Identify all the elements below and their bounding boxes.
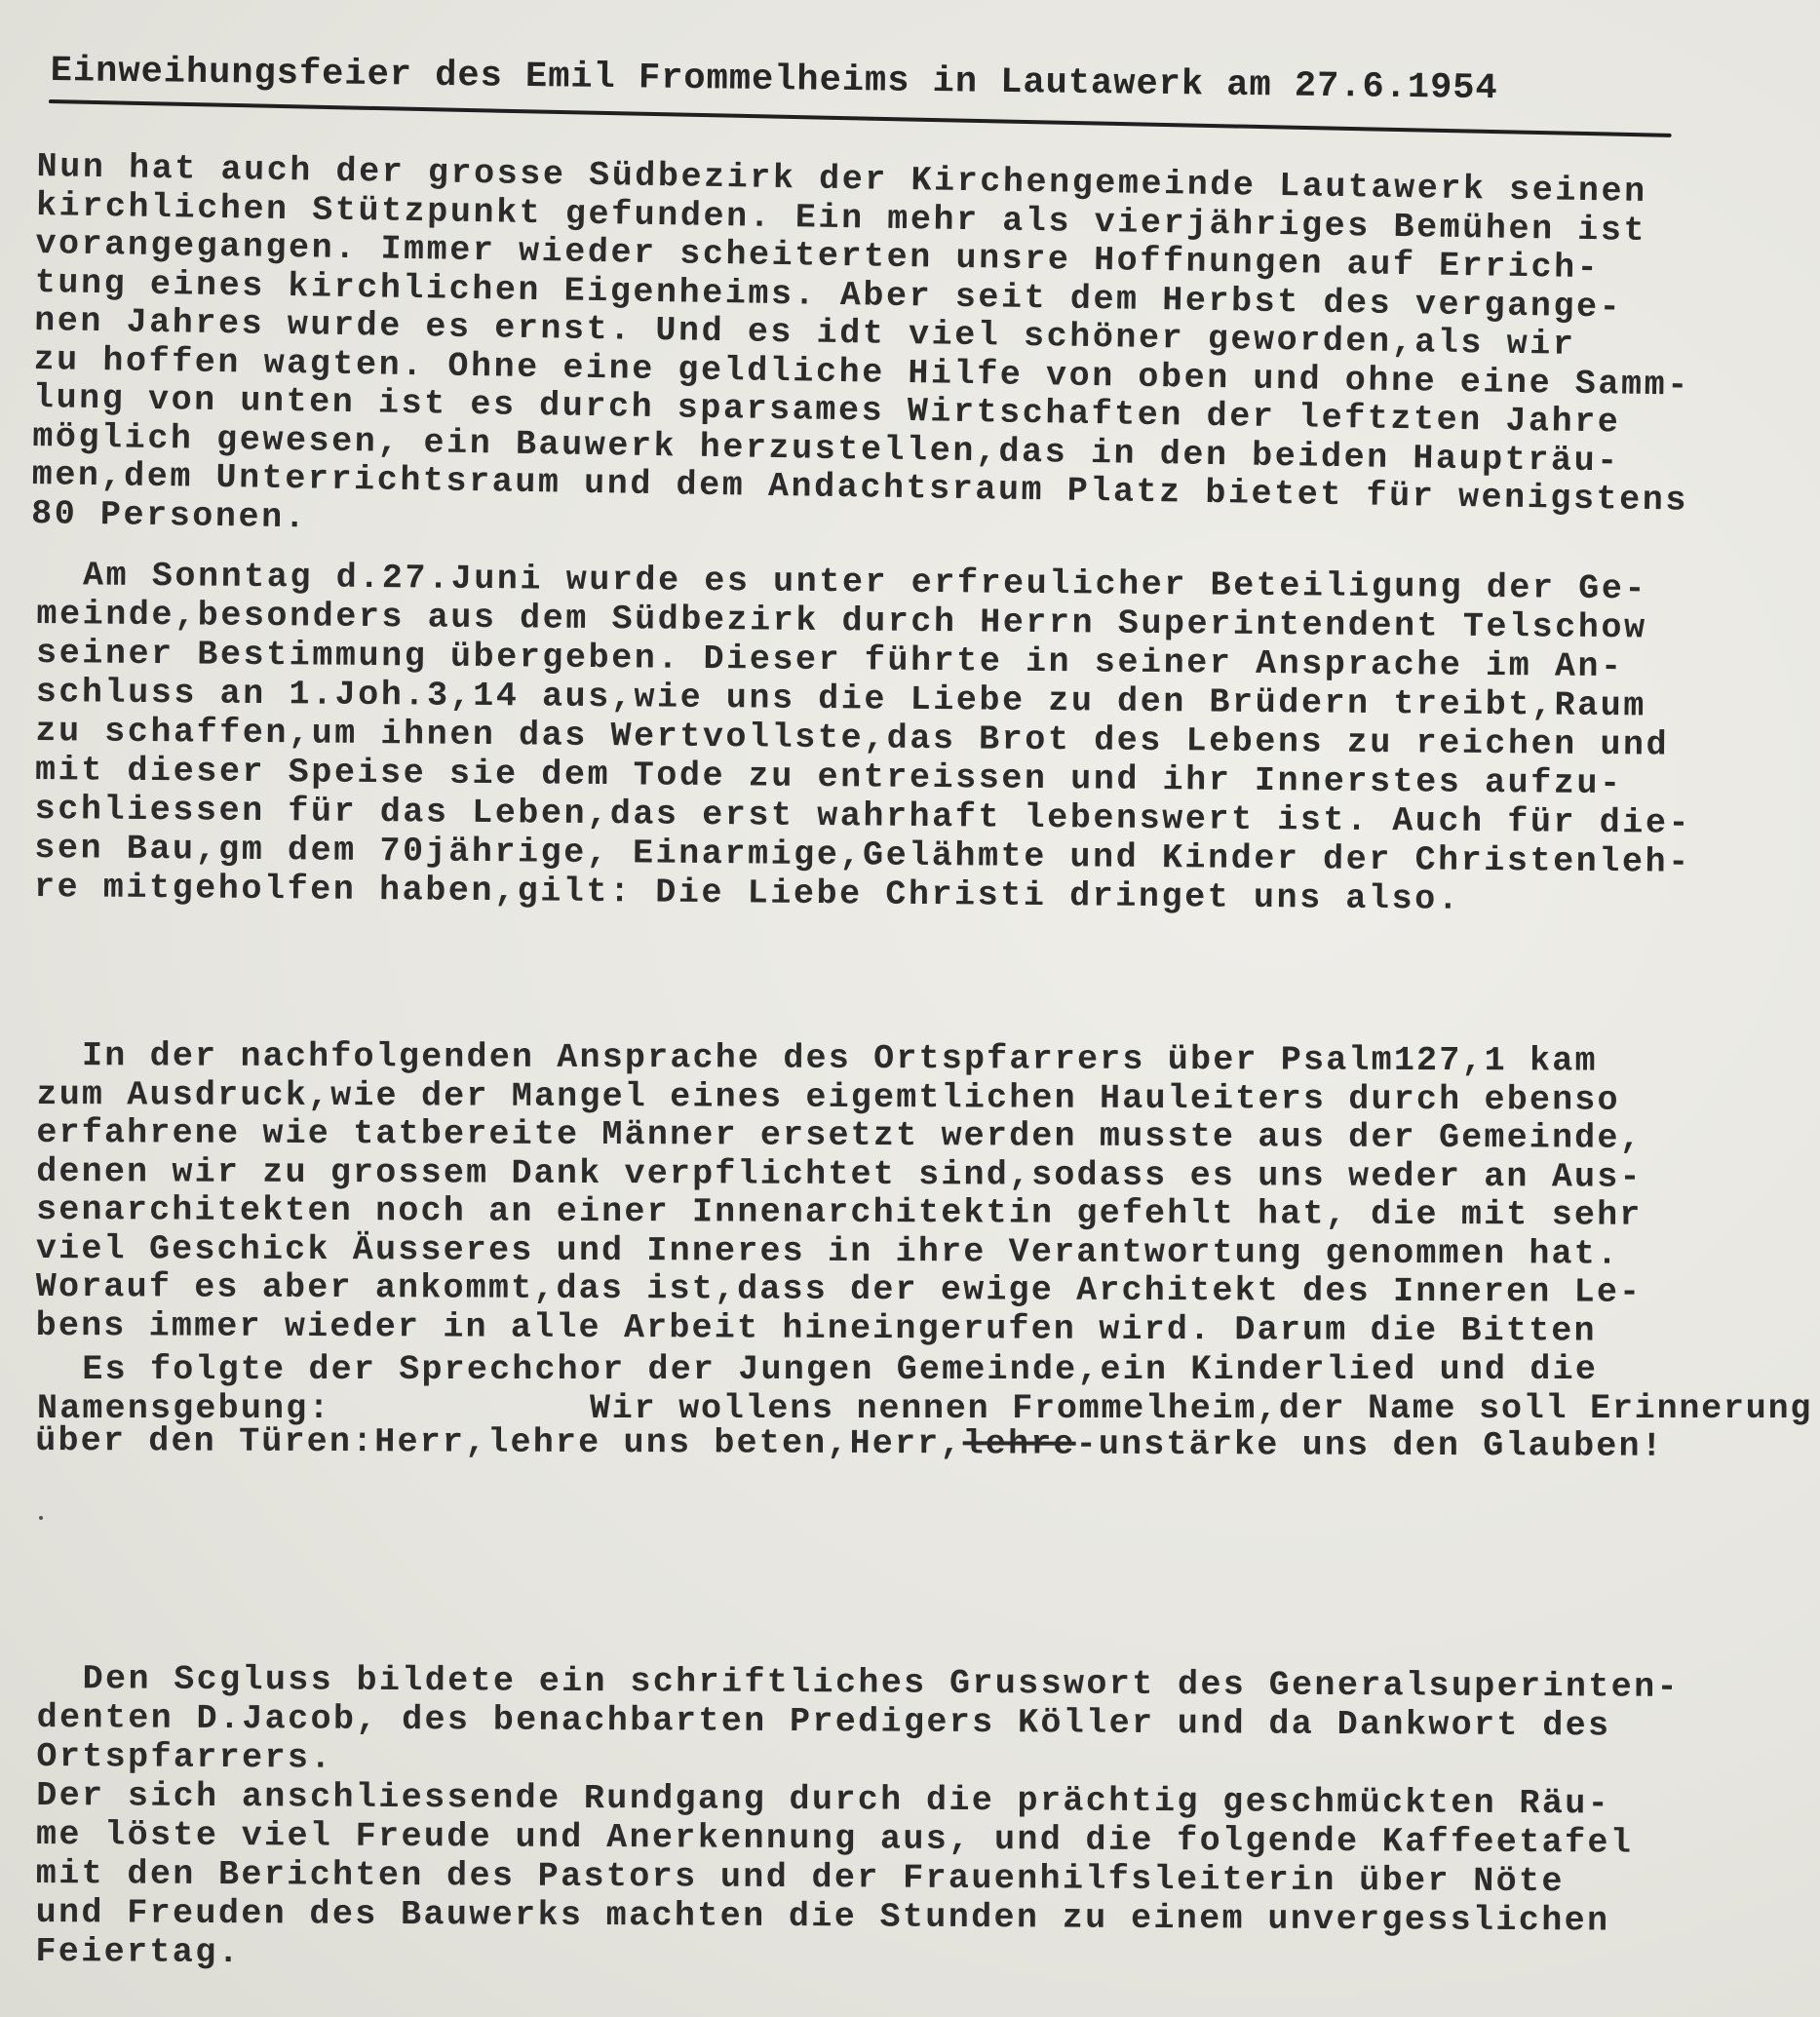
struck-word: lehre bbox=[963, 1424, 1076, 1463]
text-line: bens immer wieder in alle Arbeit hineing… bbox=[36, 1306, 1665, 1350]
text-line: der Name soll Erinnerung sein bbox=[1279, 1389, 1820, 1428]
paragraph-last-line: über den Türen:Herr,lehre uns beten,Herr… bbox=[35, 1422, 1664, 1466]
last-line-suffix: -unstärke uns den Glauben! bbox=[1076, 1425, 1664, 1466]
text-line: Wir wollens nennen Frommelheim, bbox=[590, 1389, 1279, 1428]
paragraph-pastor-address-lines: In der nachfolgenden Ansprache des Ortsp… bbox=[36, 1037, 1666, 1351]
text-line: senarchitekten noch an einer Innenarchit… bbox=[36, 1191, 1665, 1235]
paragraph-closing: Den Scgluss bildete ein schriftliches Gr… bbox=[35, 1659, 1680, 1980]
text-line: In der nachfolgenden Ansprache des Ortsp… bbox=[37, 1037, 1666, 1081]
text-line: Worauf es aber ankommt,das ist,dass der … bbox=[36, 1268, 1665, 1312]
document-title: Einweihungsfeier des Emil Frommelheims i… bbox=[50, 51, 1497, 109]
naming-poem: Wir wollens nennen Frommelheim,der Name … bbox=[590, 1389, 1820, 1428]
paragraph-dedication: Am Sonntag d.27.Juni wurde es unter erfr… bbox=[34, 556, 1694, 921]
paragraph-intro: Nun hat auch der grosse Südbezirk der Ki… bbox=[31, 148, 1693, 560]
typed-document-page: Einweihungsfeier des Emil Frommelheims i… bbox=[0, 0, 1820, 2017]
paper-speck bbox=[39, 1516, 43, 1520]
text-line: Es folgte der Sprechchor der Jungen Geme… bbox=[37, 1350, 1598, 1389]
text-line: erfahrene wie tatbereite Männer ersetzt … bbox=[36, 1114, 1665, 1158]
paragraph-pastor-address: In der nachfolgenden Ansprache des Ortsp… bbox=[35, 960, 1666, 1543]
